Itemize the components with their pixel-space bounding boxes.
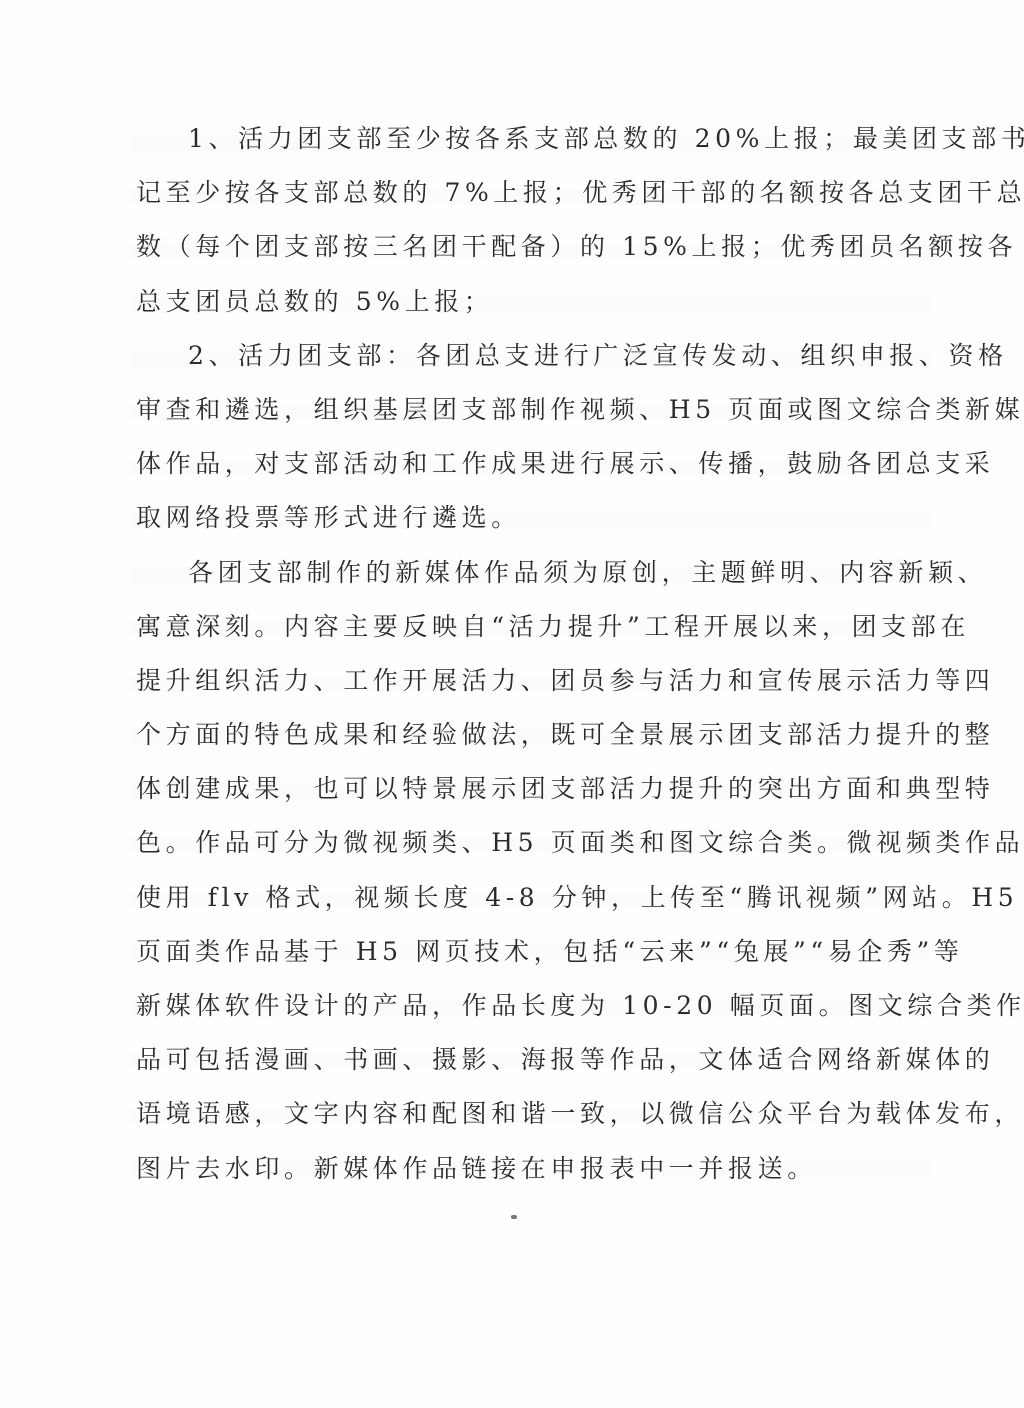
text-line: 总支团员总数的 5%上报； <box>136 275 912 329</box>
text-line: 品可包括漫画、书画、摄影、海报等作品，文体适合网络新媒体的 <box>136 1033 912 1087</box>
document-body: 1、活力团支部至少按各系支部总数的 20%上报；最美团支部书 记至少按各支部总数… <box>136 112 912 1196</box>
paragraph-branch-selection: 2、活力团支部：各团总支进行广泛宣传发动、组织申报、资格 审查和遴选，组织基层团… <box>136 329 912 546</box>
scan-speck <box>511 1215 517 1219</box>
text-line: 体创建成果，也可以特景展示团支部活力提升的突出方面和典型特 <box>136 762 912 816</box>
text-line: 1、活力团支部至少按各系支部总数的 20%上报；最美团支部书 <box>136 112 912 166</box>
text-line: 审查和遴选，组织基层团支部制作视频、H5 页面或图文综合类新媒 <box>136 383 912 437</box>
text-line: 色。作品可分为微视频类、H5 页面类和图文综合类。微视频类作品 <box>136 816 912 870</box>
text-line: 页面类作品基于 H5 网页技术，包括“云来”“兔展”“易企秀”等 <box>136 925 912 979</box>
text-line: 取网络投票等形式进行遴选。 <box>136 491 912 545</box>
text-line: 数（每个团支部按三名团干配备）的 15%上报；优秀团员名额按各 <box>136 220 912 274</box>
text-line: 语境语感，文字内容和配图和谐一致，以微信公众平台为载体发布， <box>136 1087 912 1141</box>
text-line: 各团支部制作的新媒体作品须为原创，主题鲜明、内容新颖、 <box>136 546 912 600</box>
text-line: 新媒体软件设计的产品，作品长度为 10-20 幅页面。图文综合类作 <box>136 979 912 1033</box>
text-line: 体作品，对支部活动和工作成果进行展示、传播，鼓励各团总支采 <box>136 437 912 491</box>
paragraph-quota-rules: 1、活力团支部至少按各系支部总数的 20%上报；最美团支部书 记至少按各支部总数… <box>136 112 912 329</box>
text-line: 2、活力团支部：各团总支进行广泛宣传发动、组织申报、资格 <box>136 329 912 383</box>
text-line: 个方面的特色成果和经验做法，既可全景展示团支部活力提升的整 <box>136 708 912 762</box>
paragraph-new-media-requirements: 各团支部制作的新媒体作品须为原创，主题鲜明、内容新颖、 寓意深刻。内容主要反映自… <box>136 546 912 1196</box>
text-line: 使用 flv 格式，视频长度 4-8 分钟，上传至“腾讯视频”网站。H5 <box>136 871 912 925</box>
text-line: 图片去水印。新媒体作品链接在申报表中一并报送。 <box>136 1142 912 1196</box>
text-line: 寓意深刻。内容主要反映自“活力提升”工程开展以来，团支部在 <box>136 600 912 654</box>
scanned-page: 1、活力团支部至少按各系支部总数的 20%上报；最美团支部书 记至少按各支部总数… <box>0 0 1024 1408</box>
text-line: 提升组织活力、工作开展活力、团员参与活力和宣传展示活力等四 <box>136 654 912 708</box>
text-line: 记至少按各支部总数的 7%上报；优秀团干部的名额按各总支团干总 <box>136 166 912 220</box>
